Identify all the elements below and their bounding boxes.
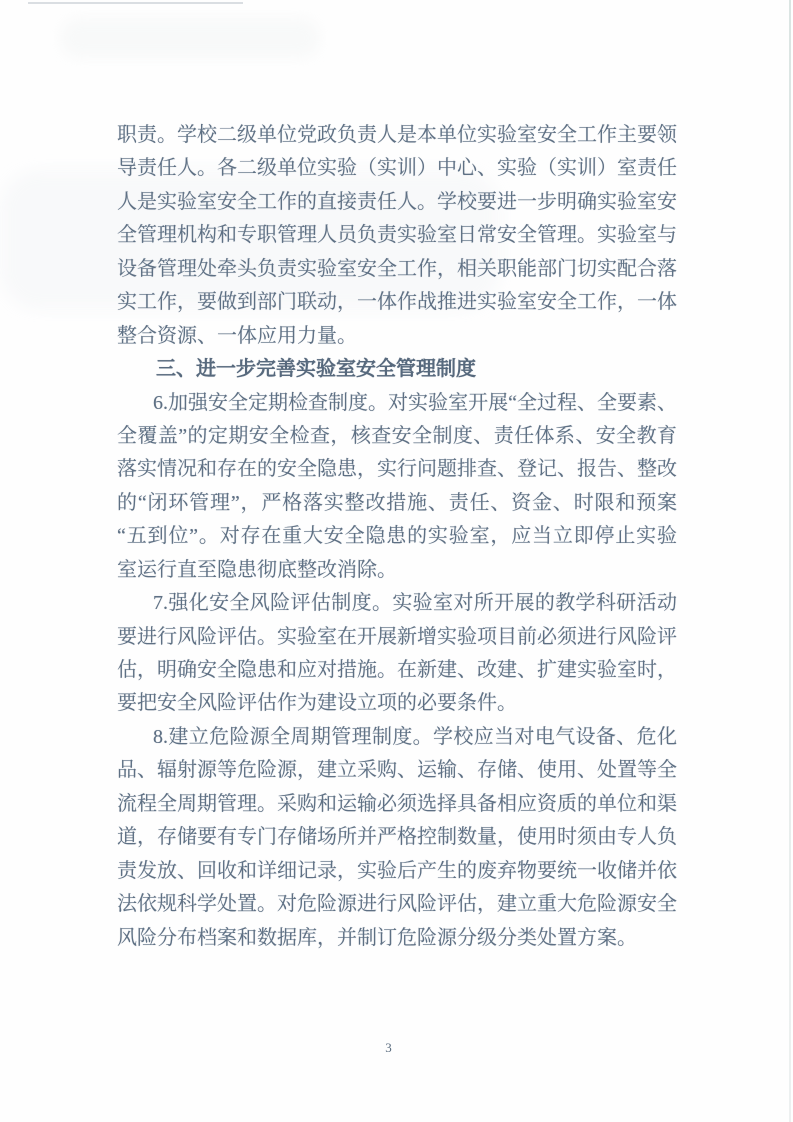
text-line: 8.建立危险源全周期管理制度。学校应当对电气设备、危化 (117, 721, 677, 754)
text-line: 全管理机构和专职管理人员负责实验室日常安全管理。实验室与 (117, 219, 677, 252)
text-line: 6.加强安全定期检查制度。对实验室开展“全过程、全要素、 (117, 387, 677, 420)
scan-artifact-wash (60, 18, 320, 58)
text-line: 风险分布档案和数据库，并制订危险源分级分类处置方案。 (117, 922, 677, 955)
text-line: 实工作，要做到部门联动，一体作战推进实验室安全工作，一体 (117, 286, 677, 319)
text-line: 要进行风险评估。实验室在开展新增实验项目前必须进行风险评 (117, 621, 677, 654)
text-line: 全覆盖”的定期安全检查，核查安全制度、责任体系、安全教育 (117, 420, 677, 453)
section-heading-3: 三、进一步完善实验室安全管理制度 (117, 353, 677, 386)
text-line: 流程全周期管理。采购和运输必须选择具备相应资质的单位和渠 (117, 788, 677, 821)
text-line: 品、辐射源等危险源，建立采购、运输、存储、使用、处置等全 (117, 754, 677, 787)
scan-artifact-top-edge (28, 2, 243, 4)
text-line: 职责。学校二级单位党政负责人是本单位实验室安全工作主要领 (117, 119, 677, 152)
paragraph-item-8: 8.建立危险源全周期管理制度。学校应当对电气设备、危化品、辐射源等危险源，建立采… (117, 721, 677, 955)
text-line: 7.强化安全风险评估制度。实验室对所开展的教学科研活动 (117, 587, 677, 620)
paragraph-item-6: 6.加强安全定期检查制度。对实验室开展“全过程、全要素、全覆盖”的定期安全检查，… (117, 387, 677, 588)
text-line: 整合资源、一体应用力量。 (117, 320, 677, 353)
text-line: 室运行直至隐患彻底整改消除。 (117, 554, 677, 587)
scan-artifact-right-edge (789, 0, 791, 1122)
text-line: 的“闭环管理”，严格落实整改措施、责任、资金、时限和预案 (117, 487, 677, 520)
paragraph-item-7: 7.强化安全风险评估制度。实验室对所开展的教学科研活动要进行风险评估。实验室在开… (117, 587, 677, 721)
text-line: 人是实验室安全工作的直接责任人。学校要进一步明确实验室安 (117, 186, 677, 219)
document-body: 职责。学校二级单位党政负责人是本单位实验室安全工作主要领导责任人。各二级单位实验… (117, 119, 677, 955)
text-line: 要把安全风险评估作为建设立项的必要条件。 (117, 687, 677, 720)
paragraph-continuation: 职责。学校二级单位党政负责人是本单位实验室安全工作主要领导责任人。各二级单位实验… (117, 119, 677, 353)
text-line: 三、进一步完善实验室安全管理制度 (117, 353, 677, 386)
text-line: 责发放、回收和详细记录，实验后产生的废弃物要统一收储并依 (117, 855, 677, 888)
text-line: 导责任人。各二级单位实验（实训）中心、实验（实训）室责任 (117, 152, 677, 185)
text-line: 设备管理处牵头负责实验室安全工作，相关职能部门切实配合落 (117, 253, 677, 286)
page-number: 3 (0, 1040, 777, 1056)
document-page: 职责。学校二级单位党政负责人是本单位实验室安全工作主要领导责任人。各二级单位实验… (0, 0, 793, 1122)
text-line: 估，明确安全隐患和应对措施。在新建、改建、扩建实验室时， (117, 654, 677, 687)
text-line: 法依规科学处置。对危险源进行风险评估，建立重大危险源安全 (117, 888, 677, 921)
text-line: 落实情况和存在的安全隐患，实行问题排查、登记、报告、整改 (117, 453, 677, 486)
text-line: 道，存储要有专门存储场所并严格控制数量，使用时须由专人负 (117, 821, 677, 854)
text-line: “五到位”。对存在重大安全隐患的实验室，应当立即停止实验 (117, 520, 677, 553)
